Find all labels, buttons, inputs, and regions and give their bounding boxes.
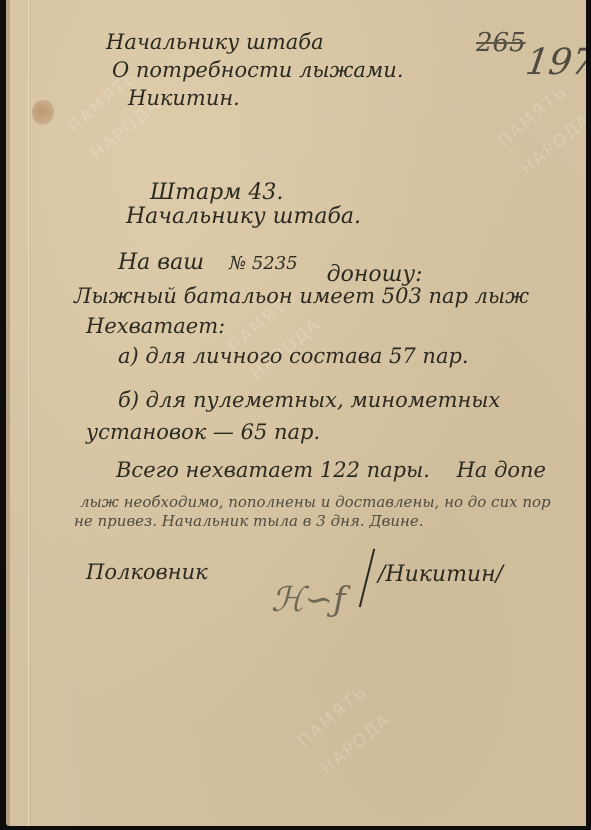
archive-number-current: 197 <box>523 42 586 83</box>
signature-slash <box>359 549 375 608</box>
resolution-line-1: Начальнику штаба <box>106 30 324 54</box>
page-edge <box>6 0 10 826</box>
signature-name: /Никитин/ <box>378 562 503 587</box>
pencil-note-line-1: лыж необходимо, пополнены и доставлены, … <box>80 493 551 511</box>
document-page: ПАМЯТЬ НАРОДА ПАМЯТЬ НАРОДА ПАМЯТЬ НАРОД… <box>6 0 586 826</box>
body-intro: На ваш № 5235 доношу: <box>118 250 423 275</box>
body-line-2: Нехватает: <box>86 314 225 338</box>
signature-rank: Полковник <box>86 560 208 584</box>
watermark-bottom-right: ПАМЯТЬ НАРОДА <box>260 669 406 812</box>
resolution-line-2: О потребности лыжами. <box>112 58 404 82</box>
watermark-top-right: ПАМЯТЬ НАРОДА <box>460 69 586 212</box>
body-item-b-line-1: б) для пулеметных, минометных <box>118 388 500 412</box>
total-text: Всего нехватает 122 пары. <box>116 458 430 482</box>
signature-scrawl: ℋ∽ƒ <box>271 580 346 620</box>
archive-number-crossed: 265 <box>476 28 526 58</box>
total-tail: На допе <box>457 458 546 482</box>
addressee-line-1: Штарм 43. <box>150 180 283 205</box>
intro-prefix: На ваш <box>118 250 204 275</box>
pencil-note-line-2: не привез. Начальник тыла в 3 дня. Двине… <box>74 512 424 530</box>
body-item-b-line-2: установок — 65 пар. <box>86 420 320 444</box>
page-fold-line <box>28 0 31 826</box>
addressee-line-2: Начальнику штаба. <box>126 204 361 229</box>
reference-number: № 5235 <box>229 253 298 274</box>
body-line-1: Лыжный батальон имеет 503 пар лыж <box>74 284 529 308</box>
body-total: Всего нехватает 122 пары. На допе <box>116 458 546 482</box>
body-item-a: а) для личного состава 57 пар. <box>118 344 469 368</box>
resolution-signature: Никитин. <box>128 86 240 110</box>
